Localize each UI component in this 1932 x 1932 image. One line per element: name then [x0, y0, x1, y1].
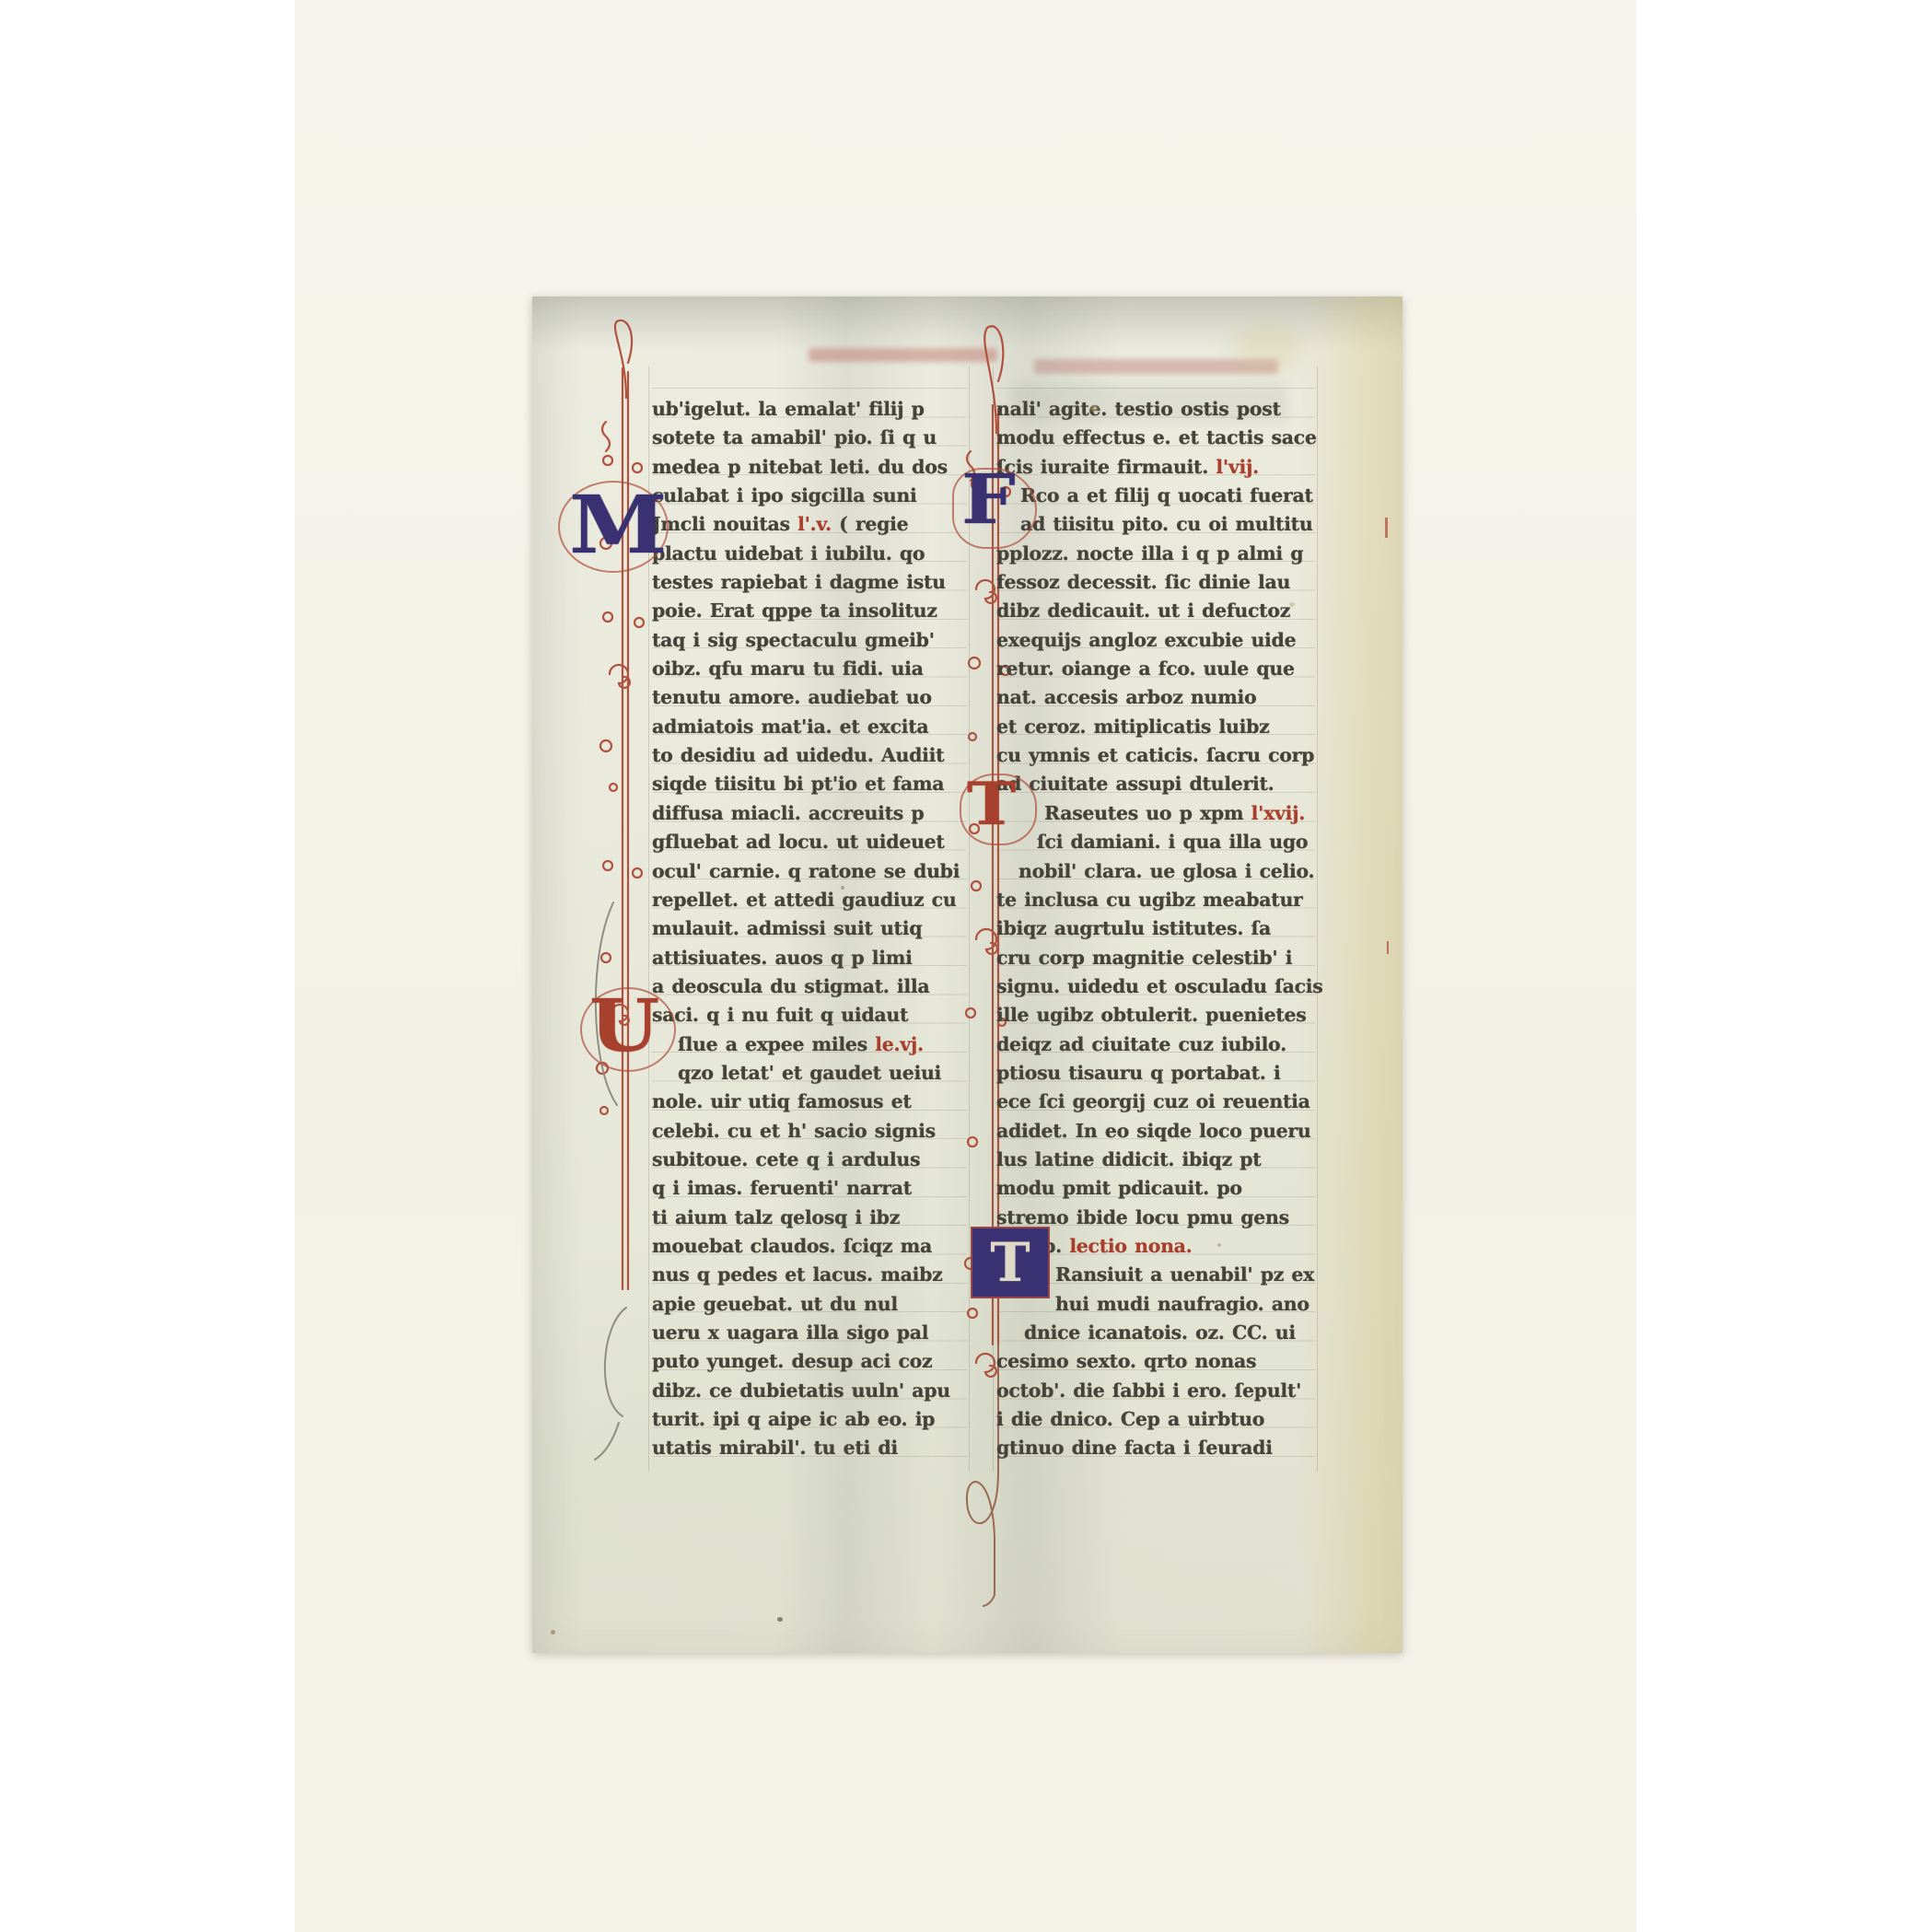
- text-line: cru corp magnitie celestib' i: [996, 944, 1315, 972]
- text-line: admiatois mat'ia. et excita: [652, 713, 967, 741]
- body-text: taq i sig spectaculu gmeib': [652, 629, 935, 651]
- body-text: gtinuo dine facta i ſeuradi: [996, 1437, 1273, 1459]
- text-line: dibz. ce dubietatis uuln' apu: [652, 1377, 967, 1405]
- text-line: nali' agite. testio ostis post: [996, 395, 1315, 424]
- body-text: octob'. die ſabbi i ero. ſepult': [996, 1379, 1301, 1402]
- text-line: attisiuates. auos q p limi: [652, 944, 967, 972]
- text-line: i die dnico. Cep a uirbtuo: [996, 1405, 1315, 1434]
- body-text: dibz. ce dubietatis uuln' apu: [652, 1379, 950, 1402]
- body-text: apie geuebat. ut du nul: [652, 1293, 898, 1315]
- body-text: ptiosu tisauru q portabat. i: [996, 1062, 1280, 1084]
- text-line: signu. uidedu et osculadu ſacis: [996, 972, 1315, 1001]
- body-text: nat. accesis arboz numio: [996, 686, 1256, 708]
- text-line: adidet. In eo siqde loco pueru: [996, 1117, 1315, 1146]
- body-text: nole. uir utiq famosus et: [652, 1090, 912, 1112]
- text-line: nus q pedes et lacus. maibz: [652, 1261, 967, 1289]
- text-line: plactu uidebat i iubilu. qo: [652, 540, 967, 568]
- body-text: a deoscula du stigmat. illa: [652, 975, 929, 997]
- body-text: ub'igelut. la emalat' filij p: [652, 398, 925, 420]
- body-text: ocul' carnie. q ratone se dubi: [652, 860, 960, 882]
- text-line: ad ciuitate assupi dtulerit.: [996, 770, 1315, 798]
- body-text: ſcis iuraite firmauit.: [996, 456, 1216, 478]
- body-text: ece ſci georgij cuz oi reuentia: [996, 1090, 1310, 1112]
- text-line: oibz. qfu maru tu fidi. uia: [652, 655, 967, 683]
- text-line: ptiosu tisauru q portabat. i: [996, 1059, 1315, 1088]
- text-line: ueru x uagara illa sigo pal: [652, 1319, 967, 1347]
- body-text: exequijs angloz excubie uide: [996, 629, 1296, 651]
- text-line: ſlue a expee miles le.vj.: [652, 1030, 967, 1059]
- body-text: mulauit. admissi suit utiq: [652, 917, 922, 939]
- body-text: te inclusa cu ugibz meabatur: [996, 889, 1303, 911]
- illuminated-initial: U: [589, 991, 652, 1063]
- text-line: a deoscula du stigmat. illa: [652, 972, 967, 1001]
- text-line: ſcis iuraite firmauit. l'vij.: [996, 453, 1315, 482]
- body-text: diffusa miacli. accreuits p: [652, 802, 924, 824]
- text-line: dibz dedicauit. ut i defuctoz: [996, 597, 1315, 625]
- body-text: retur. oiange a fco. uule que: [996, 658, 1295, 680]
- text-line: ti aium talz qelosq i ibz: [652, 1204, 967, 1232]
- text-line: lus latine didicit. ibiqz pt: [996, 1146, 1315, 1174]
- body-text: et ceroz. mitiplicatis luibz: [996, 716, 1269, 738]
- body-text: ad ciuitate assupi dtulerit.: [996, 773, 1274, 795]
- text-line: subitoue. cete q i ardulus: [652, 1146, 967, 1174]
- text-line: repellet. et attedi gaudiuz cu: [652, 886, 967, 914]
- text-line: Jmcli nouitas l'.v. ( regie: [652, 510, 967, 539]
- body-text: dnice icanatois. oz. CC. ui: [1024, 1321, 1296, 1344]
- text-line: Raseutes uo p xpm l'xvij.: [996, 799, 1315, 828]
- body-text: tenutu amore. audiebat uo: [652, 686, 932, 708]
- illuminated-initial: T: [971, 1227, 1050, 1298]
- foxing-spot: [1289, 602, 1295, 607]
- text-line: puto yunget. desup aci coz: [652, 1347, 967, 1376]
- body-text: mouebat claudos. ſciqz ma: [652, 1235, 932, 1257]
- foxing-spot: [841, 886, 844, 890]
- text-line: culabat i ipo sigcilla suni: [652, 482, 967, 510]
- text-line: pplozz. nocte illa i q p almi g: [996, 540, 1315, 568]
- body-text: attisiuates. auos q p limi: [652, 947, 913, 969]
- body-text: ( regie: [839, 513, 908, 535]
- text-line: modu pmit pdicauit. po: [996, 1174, 1315, 1203]
- text-line: q i imas. feruenti' narrat: [652, 1174, 967, 1203]
- text-line: taq i sig spectaculu gmeib': [652, 626, 967, 655]
- body-text: fessoz decessit. ſic dinie lau: [996, 571, 1290, 593]
- text-line: ub'igelut. la emalat' filij p: [652, 395, 967, 424]
- text-line: diffusa miacli. accreuits p: [652, 799, 967, 828]
- body-text: cu ymnis et caticis. ſacru corp: [996, 744, 1314, 766]
- text-line: fessoz decessit. ſic dinie lau: [996, 568, 1315, 597]
- text-line: ibiqz augrtulu istitutes. ſa: [996, 914, 1315, 943]
- text-line: siqde tiisitu bi pt'io et fama: [652, 770, 967, 798]
- body-text: siqde tiisitu bi pt'io et fama: [652, 773, 944, 795]
- body-text: repellet. et attedi gaudiuz cu: [652, 889, 956, 911]
- rubric-text: le.vj.: [875, 1033, 924, 1055]
- text-line: celebi. cu et h' sacio signis: [652, 1117, 967, 1146]
- body-text: hui mudi naufragio. ano: [1055, 1293, 1309, 1315]
- initial-letter: F: [961, 466, 1016, 534]
- body-text: saci. q i nu fuit q uidaut: [652, 1004, 908, 1026]
- body-text: utatis mirabil'. tu eti di: [652, 1437, 898, 1459]
- initial-letter: M: [569, 486, 668, 565]
- text-column-right: nali' agite. testio ostis postmodu effec…: [996, 367, 1315, 1463]
- illuminated-initial: F: [961, 466, 1010, 534]
- text-line: deiqz ad ciuitate cuz iubilo.: [996, 1030, 1315, 1059]
- text-line: medea p nitebat leti. du dos: [652, 453, 967, 482]
- text-line: apie geuebat. ut du nul: [652, 1290, 967, 1319]
- text-line: testes rapiebat i dagme istu: [652, 568, 967, 597]
- body-text: deiqz ad ciuitate cuz iubilo.: [996, 1033, 1286, 1055]
- illuminated-initial: M: [569, 486, 657, 565]
- foxing-spot: [777, 1617, 783, 1622]
- body-text: admiatois mat'ia. et excita: [652, 716, 928, 738]
- text-line: nobil' clara. ue glosa i celio.: [996, 857, 1315, 886]
- body-text: ibiqz augrtulu istitutes. ſa: [996, 917, 1271, 939]
- text-line: qzo letat' et gaudet ueiui: [652, 1059, 967, 1088]
- text-line: cesimo sexto. qrto nonas: [996, 1347, 1315, 1376]
- text-line: cu ymnis et caticis. ſacru corp: [996, 741, 1315, 770]
- text-line: Rco a et filij q uocati fuerat: [996, 482, 1315, 510]
- body-text: turit. ipi q aipe ic ab eo. ip: [652, 1408, 935, 1430]
- manuscript-leaf: ub'igelut. la emalat' filij psotete ta a…: [532, 297, 1402, 1653]
- body-text: ad tiisitu pito. cu oi multitu: [1020, 513, 1312, 535]
- body-text: ueru x uagara illa sigo pal: [652, 1321, 928, 1344]
- illuminated-initial: T: [967, 775, 1011, 834]
- rubric-text: l'xvij.: [1251, 802, 1305, 824]
- text-line: utatis mirabil'. tu eti di: [652, 1434, 967, 1462]
- text-line: retur. oiange a fco. uule que: [996, 655, 1315, 683]
- mat-board: ub'igelut. la emalat' filij psotete ta a…: [295, 0, 1636, 1932]
- body-text: celebi. cu et h' sacio signis: [652, 1120, 936, 1142]
- text-line: gtinuo dine facta i ſeuradi: [996, 1434, 1315, 1462]
- text-line: nat. accesis arboz numio: [996, 683, 1315, 712]
- text-line: turit. ipi q aipe ic ab eo. ip: [652, 1405, 967, 1434]
- body-text: pplozz. nocte illa i q p almi g: [996, 542, 1303, 564]
- body-text: medea p nitebat leti. du dos: [652, 456, 948, 478]
- text-line: octob'. die ſabbi i ero. ſepult': [996, 1377, 1315, 1405]
- initial-letter: T: [967, 775, 1016, 834]
- body-text: gfluebat ad locu. ut uideuet: [652, 831, 945, 853]
- text-line: sotete ta amabil' pio. ſi q u: [652, 424, 967, 452]
- text-line: modu effectus e. et tactis sace: [996, 424, 1315, 452]
- body-text: ille ugibz obtulerit. puenietes: [996, 1004, 1307, 1026]
- body-text: ſlue a expee miles: [678, 1033, 875, 1055]
- text-line: saci. q i nu fuit q uidaut: [652, 1001, 967, 1030]
- body-text: nus q pedes et lacus. maibz: [652, 1263, 942, 1286]
- body-text: plactu uidebat i iubilu. qo: [652, 542, 925, 564]
- text-line: ad tiisitu pito. cu oi multitu: [996, 510, 1315, 539]
- text-line: gfluebat ad locu. ut uideuet: [652, 828, 967, 856]
- text-column-left: ub'igelut. la emalat' filij psotete ta a…: [652, 367, 967, 1463]
- rubric-text: lectio nona.: [1069, 1235, 1192, 1257]
- red-edge-mark: [1385, 518, 1388, 538]
- ruling-line: [1317, 367, 1318, 1472]
- foxing-spot: [1090, 405, 1099, 412]
- body-text: Raseutes uo p xpm: [1044, 802, 1251, 824]
- body-text: poie. Erat qppe ta insolituz: [652, 599, 937, 622]
- body-text: q i imas. feruenti' narrat: [652, 1177, 912, 1199]
- body-text: nali' agite. testio ostis post: [996, 398, 1281, 420]
- body-text: to desidiu ad uidedu. Audiit: [652, 744, 944, 766]
- body-text: modu pmit pdicauit. po: [996, 1177, 1242, 1199]
- body-text: qzo letat' et gaudet ueiui: [678, 1062, 941, 1084]
- body-text: Ransiuit a uenabil' pz ex: [1055, 1263, 1314, 1286]
- text-line: mulauit. admissi suit utiq: [652, 914, 967, 943]
- body-text: subitoue. cete q i ardulus: [652, 1148, 920, 1170]
- text-line: poie. Erat qppe ta insolituz: [652, 597, 967, 625]
- text-line: ſci damiani. i qua illa ugo: [996, 828, 1315, 856]
- body-text: cru corp magnitie celestib' i: [996, 947, 1292, 969]
- body-text: ti aium talz qelosq i ibz: [652, 1206, 900, 1228]
- body-text: oibz. qfu maru tu fidi. uia: [652, 658, 924, 680]
- body-text: ſci damiani. i qua illa ugo: [1037, 831, 1308, 853]
- initial-letter: U: [589, 991, 659, 1063]
- text-line: mouebat claudos. ſciqz ma: [652, 1232, 967, 1261]
- foxing-spot: [1217, 1243, 1221, 1247]
- body-text: testes rapiebat i dagme istu: [652, 571, 946, 593]
- foxing-spot: [551, 1630, 555, 1635]
- body-text: Rco a et filij q uocati fuerat: [1020, 484, 1313, 506]
- body-text: cesimo sexto. qrto nonas: [996, 1350, 1256, 1372]
- body-text: Jmcli nouitas: [652, 513, 797, 535]
- text-line: tenutu amore. audiebat uo: [652, 683, 967, 712]
- text-line: dnice icanatois. oz. CC. ui: [996, 1319, 1315, 1347]
- red-edge-mark: [1387, 941, 1389, 954]
- rubric-text: l'vij.: [1216, 456, 1259, 478]
- body-text: nobil' clara. ue glosa i celio.: [1018, 860, 1314, 882]
- body-text: stremo ibide locu pmu gens: [996, 1206, 1289, 1228]
- photo-canvas: ub'igelut. la emalat' filij psotete ta a…: [0, 0, 1932, 1932]
- body-text: culabat i ipo sigcilla suni: [652, 484, 917, 506]
- text-line: ece ſci georgij cuz oi reuentia: [996, 1088, 1315, 1116]
- initial-letter: T: [990, 1236, 1030, 1289]
- parchment-stain: [1232, 324, 1306, 370]
- body-text: dibz dedicauit. ut i defuctoz: [996, 599, 1290, 622]
- body-text: adidet. In eo siqde loco pueru: [996, 1120, 1310, 1142]
- body-text: signu. uidedu et osculadu ſacis: [996, 975, 1323, 997]
- text-line: ocul' carnie. q ratone se dubi: [652, 857, 967, 886]
- text-line: ille ugibz obtulerit. puenietes: [996, 1001, 1315, 1030]
- text-line: et ceroz. mitiplicatis luibz: [996, 713, 1315, 741]
- body-text: i die dnico. Cep a uirbtuo: [996, 1408, 1264, 1430]
- text-line: nole. uir utiq famosus et: [652, 1088, 967, 1116]
- text-line: exequijs angloz excubie uide: [996, 626, 1315, 655]
- text-line: to desidiu ad uidedu. Audiit: [652, 741, 967, 770]
- body-text: lus latine didicit. ibiqz pt: [996, 1148, 1261, 1170]
- body-text: modu effectus e. et tactis sace: [996, 426, 1317, 448]
- rubric-text: l'.v.: [797, 513, 839, 535]
- text-line: te inclusa cu ugibz meabatur: [996, 886, 1315, 914]
- body-text: sotete ta amabil' pio. ſi q u: [652, 426, 937, 448]
- body-text: puto yunget. desup aci coz: [652, 1350, 932, 1372]
